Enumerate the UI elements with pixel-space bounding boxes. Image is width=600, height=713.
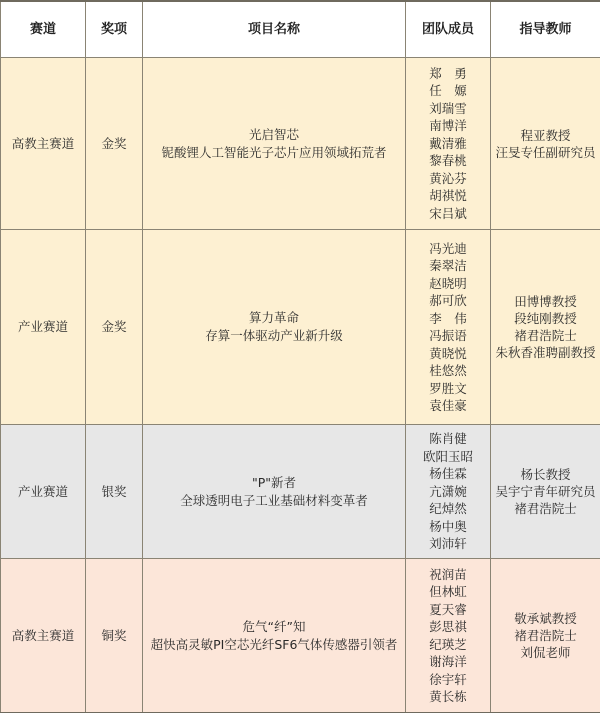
mentor-name: 杨长教授 (491, 466, 600, 483)
member-name: 任 嫄 (406, 82, 490, 100)
mentor-name: 程亚教授 (491, 127, 600, 144)
member-name: 纪瑛芝 (406, 636, 490, 654)
member-name: 刘瑞雪 (406, 100, 490, 118)
mentors-cell: 田博博教授 段纯刚教授 褚君浩院士 朱秋香准聘副教授 (491, 230, 600, 425)
member-name: 陈肖健 (406, 430, 490, 448)
header-award: 奖项 (86, 1, 143, 58)
member-name: 南博洋 (406, 117, 490, 135)
header-track: 赛道 (1, 1, 86, 58)
member-name: 杨中奥 (406, 518, 490, 536)
member-name: 胡祺悦 (406, 187, 490, 205)
members-cell: 陈肖健 欧阳玉昭 杨佳霖 亢潇婉 纪焯然 杨中奥 刘沛轩 (406, 425, 491, 559)
mentor-name: 田博博教授 (491, 293, 600, 310)
member-name: 宋吕斌 (406, 205, 490, 223)
awards-table: 赛道 奖项 项目名称 团队成员 指导教师 高教主赛道 金奖 光启智芯 铌酸锂人工… (0, 0, 600, 713)
members-cell: 祝润苗 但林虹 夏天睿 彭思祺 纪瑛芝 谢海洋 徐宇轩 黄长栋 (406, 559, 491, 713)
mentor-name: 汪旻专任副研究员 (491, 144, 600, 161)
member-name: 秦翠洁 (406, 257, 490, 275)
project-cell: 光启智芯 铌酸锂人工智能光子芯片应用领域拓荒者 (143, 58, 406, 230)
project-title: 光启智芯 (143, 126, 405, 144)
member-name: 但林虹 (406, 583, 490, 601)
project-title: "P"新者 (143, 474, 405, 492)
member-name: 黄晓悦 (406, 345, 490, 363)
member-name: 夏天睿 (406, 601, 490, 619)
track-cell: 高教主赛道 (1, 559, 86, 713)
project-title: 危气“纤”知 (143, 618, 405, 636)
member-name: 刘沛轩 (406, 535, 490, 553)
member-name: 谢海洋 (406, 653, 490, 671)
table-row: 高教主赛道 金奖 光启智芯 铌酸锂人工智能光子芯片应用领域拓荒者 郑 勇 任 嫄… (1, 58, 600, 230)
header-mentors: 指导教师 (491, 1, 600, 58)
member-name: 郑 勇 (406, 65, 490, 83)
mentors-cell: 杨长教授 吴宇宁青年研究员 褚君浩院士 (491, 425, 600, 559)
member-name: 赵晓明 (406, 275, 490, 293)
member-name: 黄长栋 (406, 688, 490, 706)
header-row: 赛道 奖项 项目名称 团队成员 指导教师 (1, 1, 600, 58)
members-cell: 冯光迪 秦翠洁 赵晓明 郝可欣 李 伟 冯振语 黄晓悦 桂悠然 罗胜文 袁佳豪 (406, 230, 491, 425)
mentor-name: 褚君浩院士 (491, 627, 600, 644)
mentors-cell: 程亚教授 汪旻专任副研究员 (491, 58, 600, 230)
project-cell: 算力革命 存算一体驱动产业新升级 (143, 230, 406, 425)
member-name: 冯光迪 (406, 240, 490, 258)
member-name: 祝润苗 (406, 566, 490, 584)
member-name: 郝可欣 (406, 292, 490, 310)
project-subtitle: 存算一体驱动产业新升级 (143, 327, 405, 345)
member-name: 彭思祺 (406, 618, 490, 636)
project-title: 算力革命 (143, 309, 405, 327)
member-name: 徐宇轩 (406, 671, 490, 689)
member-name: 黎春桃 (406, 152, 490, 170)
member-name: 罗胜文 (406, 380, 490, 398)
member-name: 杨佳霖 (406, 465, 490, 483)
member-name: 袁佳豪 (406, 397, 490, 415)
member-name: 冯振语 (406, 327, 490, 345)
project-cell: "P"新者 全球透明电子工业基础材料变革者 (143, 425, 406, 559)
mentors-cell: 敬承斌教授 褚君浩院士 刘侃老师 (491, 559, 600, 713)
table-row: 高教主赛道 铜奖 危气“纤”知 超快高灵敏PI空芯光纤SF6气体传感器引领者 祝… (1, 559, 600, 713)
track-cell: 产业赛道 (1, 230, 86, 425)
table-row: 产业赛道 银奖 "P"新者 全球透明电子工业基础材料变革者 陈肖健 欧阳玉昭 杨… (1, 425, 600, 559)
award-cell: 金奖 (86, 58, 143, 230)
member-name: 欧阳玉昭 (406, 448, 490, 466)
project-subtitle: 铌酸锂人工智能光子芯片应用领域拓荒者 (143, 144, 405, 162)
mentor-name: 敬承斌教授 (491, 610, 600, 627)
mentor-name: 刘侃老师 (491, 644, 600, 661)
table-row: 产业赛道 金奖 算力革命 存算一体驱动产业新升级 冯光迪 秦翠洁 赵晓明 郝可欣… (1, 230, 600, 425)
members-cell: 郑 勇 任 嫄 刘瑞雪 南博洋 戴清雅 黎春桃 黄沁芬 胡祺悦 宋吕斌 (406, 58, 491, 230)
member-name: 纪焯然 (406, 500, 490, 518)
mentor-name: 吴宇宁青年研究员 (491, 483, 600, 500)
mentor-name: 褚君浩院士 (491, 327, 600, 344)
project-cell: 危气“纤”知 超快高灵敏PI空芯光纤SF6气体传感器引领者 (143, 559, 406, 713)
track-cell: 高教主赛道 (1, 58, 86, 230)
header-project-name: 项目名称 (143, 1, 406, 58)
award-cell: 银奖 (86, 425, 143, 559)
member-name: 黄沁芬 (406, 170, 490, 188)
award-cell: 铜奖 (86, 559, 143, 713)
track-cell: 产业赛道 (1, 425, 86, 559)
award-cell: 金奖 (86, 230, 143, 425)
mentor-name: 褚君浩院士 (491, 500, 600, 517)
project-subtitle: 全球透明电子工业基础材料变革者 (143, 492, 405, 510)
mentor-name: 朱秋香准聘副教授 (491, 344, 600, 361)
project-subtitle: 超快高灵敏PI空芯光纤SF6气体传感器引领者 (143, 636, 405, 654)
mentor-name: 段纯刚教授 (491, 310, 600, 327)
header-team-members: 团队成员 (406, 1, 491, 58)
member-name: 戴清雅 (406, 135, 490, 153)
member-name: 李 伟 (406, 310, 490, 328)
member-name: 亢潇婉 (406, 483, 490, 501)
member-name: 桂悠然 (406, 362, 490, 380)
